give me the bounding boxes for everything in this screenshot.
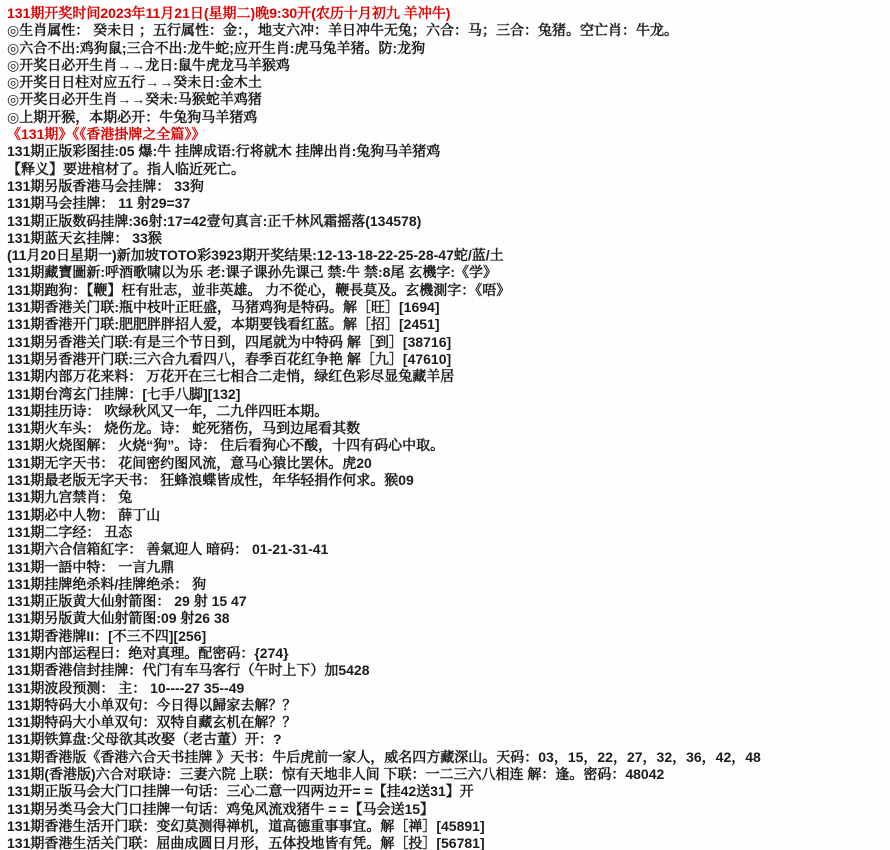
text-line: 131期无字天书： 花间密约图风流，意马心猿比罢休。虎20 bbox=[7, 455, 886, 472]
text-line: 131期跑狗：【鞭】枉有壯志，並非英雄。 力不從心，鞭長莫及。玄機測字：《唔》 bbox=[7, 282, 886, 299]
text-line: 131期火烧图解： 火烧“狗”。诗： 住后看狗心不酸，十四有码心中取。 bbox=[7, 437, 886, 454]
text-line: 131期另版香港马会挂牌： 33狗 bbox=[7, 178, 886, 195]
text-line: 131期六合信箱紅字： 善氣迎人 暗码： 01-21-31-41 bbox=[7, 541, 886, 558]
highlight-text-line: 《131期》《《香港掛牌之全篇》》 bbox=[7, 126, 886, 143]
text-line: 131期另香港关门联:有是三个节日到，四尾就为中特码 解［到］[38716] bbox=[7, 334, 886, 351]
text-line: 131期另版黄大仙射箭图:09 射26 38 bbox=[7, 610, 886, 627]
text-line: 131期马会挂牌： 11 射29=37 bbox=[7, 195, 886, 212]
text-line: 131期必中人物： 薛丁山 bbox=[7, 507, 886, 524]
text-lines-container: 131期开奖时间2023年11月21日(星期二)晚9:30开(农历十月初九 羊冲… bbox=[7, 5, 886, 850]
text-line: ◎上期开猴，本期必开：牛兔狗马羊猪鸡 bbox=[7, 109, 886, 126]
lottery-tips-page: 131期开奖时间2023年11月21日(星期二)晚9:30开(农历十月初九 羊冲… bbox=[0, 0, 890, 850]
text-line: 131期藏寶圖新:呼酒歌啸以为乐 老:课子课孙先课己 禁:牛 禁:8尾 玄機字:… bbox=[7, 264, 886, 281]
text-line: 131期最老版无字天书： 狂蜂浪蝶皆成性，年华轻捐作何求。猴09 bbox=[7, 472, 886, 489]
text-line: 131期正版马会大门口挂牌一句话：三心二意一四两边开= =【挂42送31】开 bbox=[7, 783, 886, 800]
lottery-tips-document: 131期开奖时间2023年11月21日(星期二)晚9:30开(农历十月初九 羊冲… bbox=[0, 0, 890, 850]
text-line: ◎开奖日必开生肖→→癸未:马猴蛇羊鸡猪 bbox=[7, 91, 886, 108]
text-line: 131期正版黄大仙射箭图： 29 射 15 47 bbox=[7, 593, 886, 610]
text-line: ◎生肖属性： 癸未日 ；五行属性：金：，地支六冲：羊日冲牛无兔；六合：马；三合：… bbox=[7, 22, 886, 39]
text-line: 131期二字经： 丑态 bbox=[7, 524, 886, 541]
text-line: ◎六合不出:鸡狗鼠;三合不出:龙牛蛇;应开生肖:虎马兔羊猪。防:龙狗 bbox=[7, 40, 886, 57]
text-line: ◎开奖日日柱对应五行→→癸未日:金木土 bbox=[7, 74, 886, 91]
text-line: 131期正版彩图挂:05 爆:牛 挂牌成语:行将就木 挂牌出肖:兔狗马羊猪鸡 bbox=[7, 143, 886, 160]
text-line: 131期香港信封挂牌：代门有车马客行（午时上下）加5428 bbox=[7, 662, 886, 679]
highlight-text-line: 131期开奖时间2023年11月21日(星期二)晚9:30开(农历十月初九 羊冲… bbox=[7, 5, 886, 22]
text-line: 131期特码大小单双句：双特自藏玄机在解？？ bbox=[7, 714, 886, 731]
text-line: 131期蓝天玄挂牌： 33猴 bbox=[7, 230, 886, 247]
text-line: 131期九宫禁肖： 兔 bbox=[7, 489, 886, 506]
text-line: 131期内部运程曰：绝对真理。配密码：{274} bbox=[7, 645, 886, 662]
text-line: 131期香港开门联:肥肥胖胖招人爱，本期要钱看红蓝。解［招］[2451] bbox=[7, 316, 886, 333]
text-line: 【释义】要进棺材了。指人临近死亡。 bbox=[7, 161, 886, 178]
text-line: 131期台湾玄门挂牌：[七手八脚][132] bbox=[7, 386, 886, 403]
text-line: 131期波段预测： 主： 10----27 35--49 bbox=[7, 680, 886, 697]
text-line: 131期正版数码挂牌:36射:17=42壹句真言:正千林风霜摇落(134578) bbox=[7, 213, 886, 230]
text-line: 131期香港牌II：[不三不四][256] bbox=[7, 628, 886, 645]
text-line: 131期铁算盘:父母欲其改娶（老古董）开：? bbox=[7, 731, 886, 748]
text-line: ◎开奖日必开生肖→→龙日:鼠牛虎龙马羊猴鸡 bbox=[7, 57, 886, 74]
text-line: 131期香港生活开门联：变幻莫测得禅机，道高德重事事宜。解［禅］[45891] bbox=[7, 818, 886, 835]
text-line: 131期香港生活关门联：屈曲成圆日月形，五体投地皆有凭。解［投］[56781] bbox=[7, 835, 886, 850]
text-line: 131期香港关门联:瓶中枝叶正旺盛，马猪鸡狗是特码。解［旺］[1694] bbox=[7, 299, 886, 316]
text-line: 131期另类马会大门口挂牌一句话：鸡兔风流戏猪牛 = =【马会送15】 bbox=[7, 801, 886, 818]
text-line: 131期挂历诗： 吹绿秋风又一年，二九伴四旺本期。 bbox=[7, 403, 886, 420]
text-line: 131期火车头： 烧伤龙。诗： 蛇死猪伤，马到边尾看其数 bbox=[7, 420, 886, 437]
text-line: 131期另香港开门联:三六合九看四八，春季百花红争艳 解［九］[47610] bbox=[7, 351, 886, 368]
text-line: 131期内部万花来料： 万花开在三七相合二走悄，绿红色彩尽显兔藏羊居 bbox=[7, 368, 886, 385]
text-line: 131期特码大小单双句：今日得以歸家去解？？ bbox=[7, 697, 886, 714]
text-line: 131期香港版《香港六合天书挂牌 》天书：牛后虎前一家人，威名四方藏深山。天码：… bbox=[7, 749, 886, 766]
text-line: 131期一語中特： 一言九鼎 bbox=[7, 559, 886, 576]
text-line: 131期(香港版)六合对联诗：三妻六院 上联：惊有天地非人间 下联：一二三六八相… bbox=[7, 766, 886, 783]
text-line: 131期挂牌绝杀料/挂牌绝杀： 狗 bbox=[7, 576, 886, 593]
text-line: (11月20日星期一)新加坡TOTO彩3923期开奖结果:12-13-18-22… bbox=[7, 247, 886, 264]
